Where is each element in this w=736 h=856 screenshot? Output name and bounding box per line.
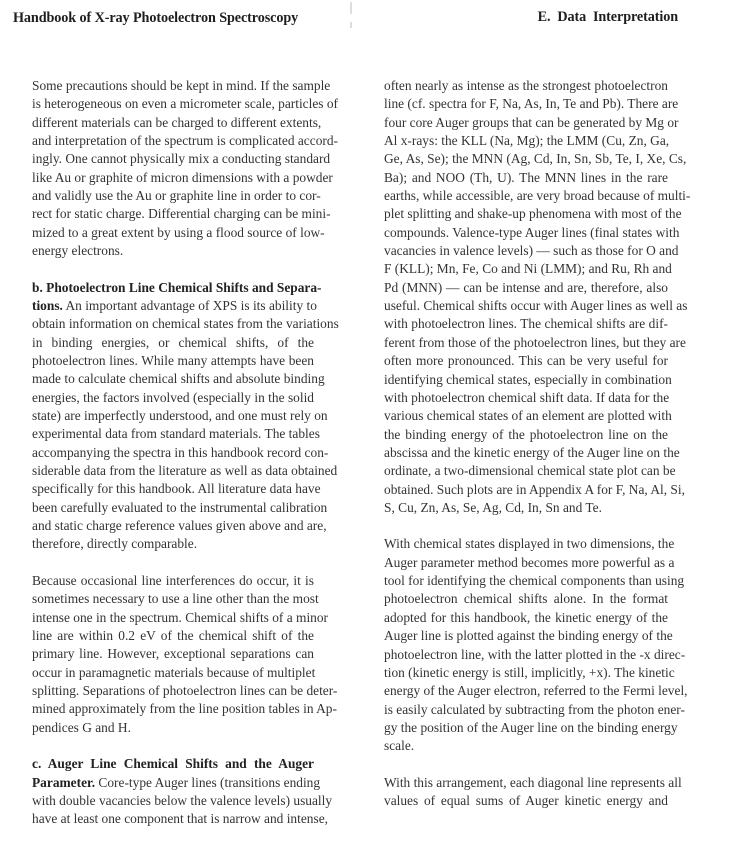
text-line: mined approximately from the line positi… — [32, 700, 314, 718]
text-line: tool for identifying the chemical compon… — [384, 572, 668, 590]
running-head-book-title: Handbook of X-ray Photoelectron Spectros… — [13, 10, 298, 27]
text-line: energies, the factors involved (especial… — [32, 389, 314, 407]
paragraph-auger-groups: often nearly as intense as the strongest… — [384, 77, 668, 517]
text-line: Pd (MNN) — can be intense and are, there… — [384, 279, 668, 297]
text-line: identifying chemical states, especially … — [384, 371, 668, 389]
text-line: often more pronounced. This can be very … — [384, 352, 668, 370]
text-line: state) are imperfectly understood, and o… — [32, 407, 314, 425]
text-line: S, Cu, Zn, As, Se, Ag, Cd, In, Sn and Te… — [384, 499, 668, 517]
text-line: four core Auger groups that can be gener… — [384, 114, 668, 132]
text-line: tion (kinetic energy is still, implicitl… — [384, 664, 668, 682]
section-b-text: An important advantage of XPS is its abi… — [63, 298, 317, 313]
text-line: therefore, directly comparable. — [32, 535, 314, 553]
text-line: various chemical states of an element ar… — [384, 407, 668, 425]
text-line: with photoelectron lines. The chemical s… — [384, 315, 668, 333]
text-line: intense one in the spectrum. Chemical sh… — [32, 609, 314, 627]
paragraph-precautions: Some precautions should be kept in mind.… — [32, 77, 314, 260]
text-line: rect for static charge. Differential cha… — [32, 205, 314, 223]
text-line: values of equal sums of Auger kinetic en… — [384, 792, 668, 810]
paragraph-line-interferences: Because occasional line interferences do… — [32, 572, 314, 737]
text-line: been carefully evaluated to the instrume… — [32, 499, 314, 517]
section-c-auger-chemical-shifts: c. Auger Line Chemical Shifts and the Au… — [32, 755, 314, 828]
text-line: ferent from those of the photoelectron l… — [384, 334, 668, 352]
text-line: and static charge reference values given… — [32, 517, 314, 535]
text-line: Ge, As, Se); the MNN (Ag, Cd, In, Sn, Sb… — [384, 150, 668, 168]
text-line: mized to a great extent by using a flood… — [32, 224, 314, 242]
text-line: line (cf. spectra for F, Na, As, In, Te … — [384, 95, 668, 113]
right-column: often nearly as intense as the strongest… — [384, 77, 668, 829]
text-line: ordinate, a two-dimensional chemical sta… — [384, 462, 668, 480]
section-c-heading: c. Auger Line Chemical Shifts and the Au… — [32, 756, 314, 771]
section-b-heading: b. Photoelectron Line Chemical Shifts an… — [32, 280, 322, 295]
text-line: different materials can be charged to di… — [32, 114, 314, 132]
text-line: compounds. Valence-type Auger lines (fin… — [384, 224, 668, 242]
text-line: Al x-rays: the KLL (Na, Mg); the LMM (Cu… — [384, 132, 668, 150]
section-c-text: Core-type Auger lines (transitions endin… — [95, 775, 320, 790]
left-column: Some precautions should be kept in mind.… — [32, 77, 314, 847]
text-line: energy of the Auger electron, referred t… — [384, 682, 668, 700]
text-line: splitting. Separations of photoelectron … — [32, 682, 314, 700]
section-c-heading-cont: Parameter. — [32, 775, 95, 790]
paragraph-auger-parameter: With chemical states displayed in two di… — [384, 535, 668, 755]
text-line: and validly use the Au or graphite line … — [32, 187, 314, 205]
section-b-heading-cont: tions. — [32, 298, 63, 313]
text-line: sometimes necessary to use a line other … — [32, 590, 314, 608]
text-line: in binding energies, or chemical shifts,… — [32, 334, 314, 352]
text-line: vacancies in valence levels) — such as t… — [384, 242, 668, 260]
text-line: photoelectron line, with the latter plot… — [384, 646, 668, 664]
text-line: is heterogeneous on even a micrometer sc… — [32, 95, 314, 113]
section-b-photoelectron-chemical-shifts: b. Photoelectron Line Chemical Shifts an… — [32, 279, 314, 554]
text-line: obtained. Such plots are in Appendix A f… — [384, 481, 668, 499]
running-head-section-title: E. Data Interpretation — [538, 9, 678, 26]
text-line: Some precautions should be kept in mind.… — [32, 77, 314, 95]
text-line: accompanying the spectra in this handboo… — [32, 444, 314, 462]
text-line: Auger parameter method becomes more powe… — [384, 554, 668, 572]
text-line: With this arrangement, each diagonal lin… — [384, 774, 668, 792]
text-line: adopted for this handbook, the kinetic e… — [384, 609, 668, 627]
text-line: abscissa and the kinetic energy of the A… — [384, 444, 668, 462]
text-line: with double vacancies below the valence … — [32, 792, 314, 810]
text-line: like Au or graphite of micron dimensions… — [32, 169, 314, 187]
gutter-scan-mark — [350, 22, 352, 28]
text-line: made to calculate chemical shifts and ab… — [32, 370, 314, 388]
text-line: energy electrons. — [32, 242, 314, 260]
text-line: primary line. However, exceptional separ… — [32, 645, 314, 663]
text-line: have at least one component that is narr… — [32, 810, 314, 828]
text-line: photoelectron chemical shifts alone. In … — [384, 590, 668, 608]
text-line: gy the position of the Auger line on the… — [384, 719, 668, 737]
text-line: pendices G and H. — [32, 719, 314, 737]
text-line: line are within 0.2 eV of the chemical s… — [32, 627, 314, 645]
text-line: specifically for this handbook. All lite… — [32, 480, 314, 498]
text-line: earths, while accessible, are very broad… — [384, 187, 668, 205]
text-line: with photoelectron chemical shift data. … — [384, 389, 668, 407]
text-line: is easily calculated by subtracting from… — [384, 701, 668, 719]
text-line: useful. Chemical shifts occur with Auger… — [384, 297, 668, 315]
text-line: F (KLL); Mn, Fe, Co and Ni (LMM); and Ru… — [384, 260, 668, 278]
text-line: occur in paramagnetic materials because … — [32, 664, 314, 682]
text-line: plet splitting and shake-up phenomena wi… — [384, 205, 668, 223]
text-line: photoelectron lines. While many attempts… — [32, 352, 314, 370]
text-line: scale. — [384, 737, 668, 755]
gutter-scan-mark — [350, 2, 352, 14]
text-line: With chemical states displayed in two di… — [384, 535, 668, 553]
paragraph-diagonal-lines: With this arrangement, each diagonal lin… — [384, 774, 668, 811]
text-line: siderable data from the literature as we… — [32, 462, 314, 480]
text-line: ingly. One cannot physically mix a condu… — [32, 150, 314, 168]
text-line: Ba); and NOO (Th, U). The MNN lines in t… — [384, 169, 668, 187]
text-line: experimental data from standard material… — [32, 425, 314, 443]
text-line: and interpretation of the spectrum is co… — [32, 132, 314, 150]
text-line: the binding energy of the photoelectron … — [384, 426, 668, 444]
text-line: Because occasional line interferences do… — [32, 572, 314, 590]
text-line: Auger line is plotted against the bindin… — [384, 627, 668, 645]
text-line: obtain information on chemical states fr… — [32, 315, 314, 333]
text-line: often nearly as intense as the strongest… — [384, 77, 668, 95]
